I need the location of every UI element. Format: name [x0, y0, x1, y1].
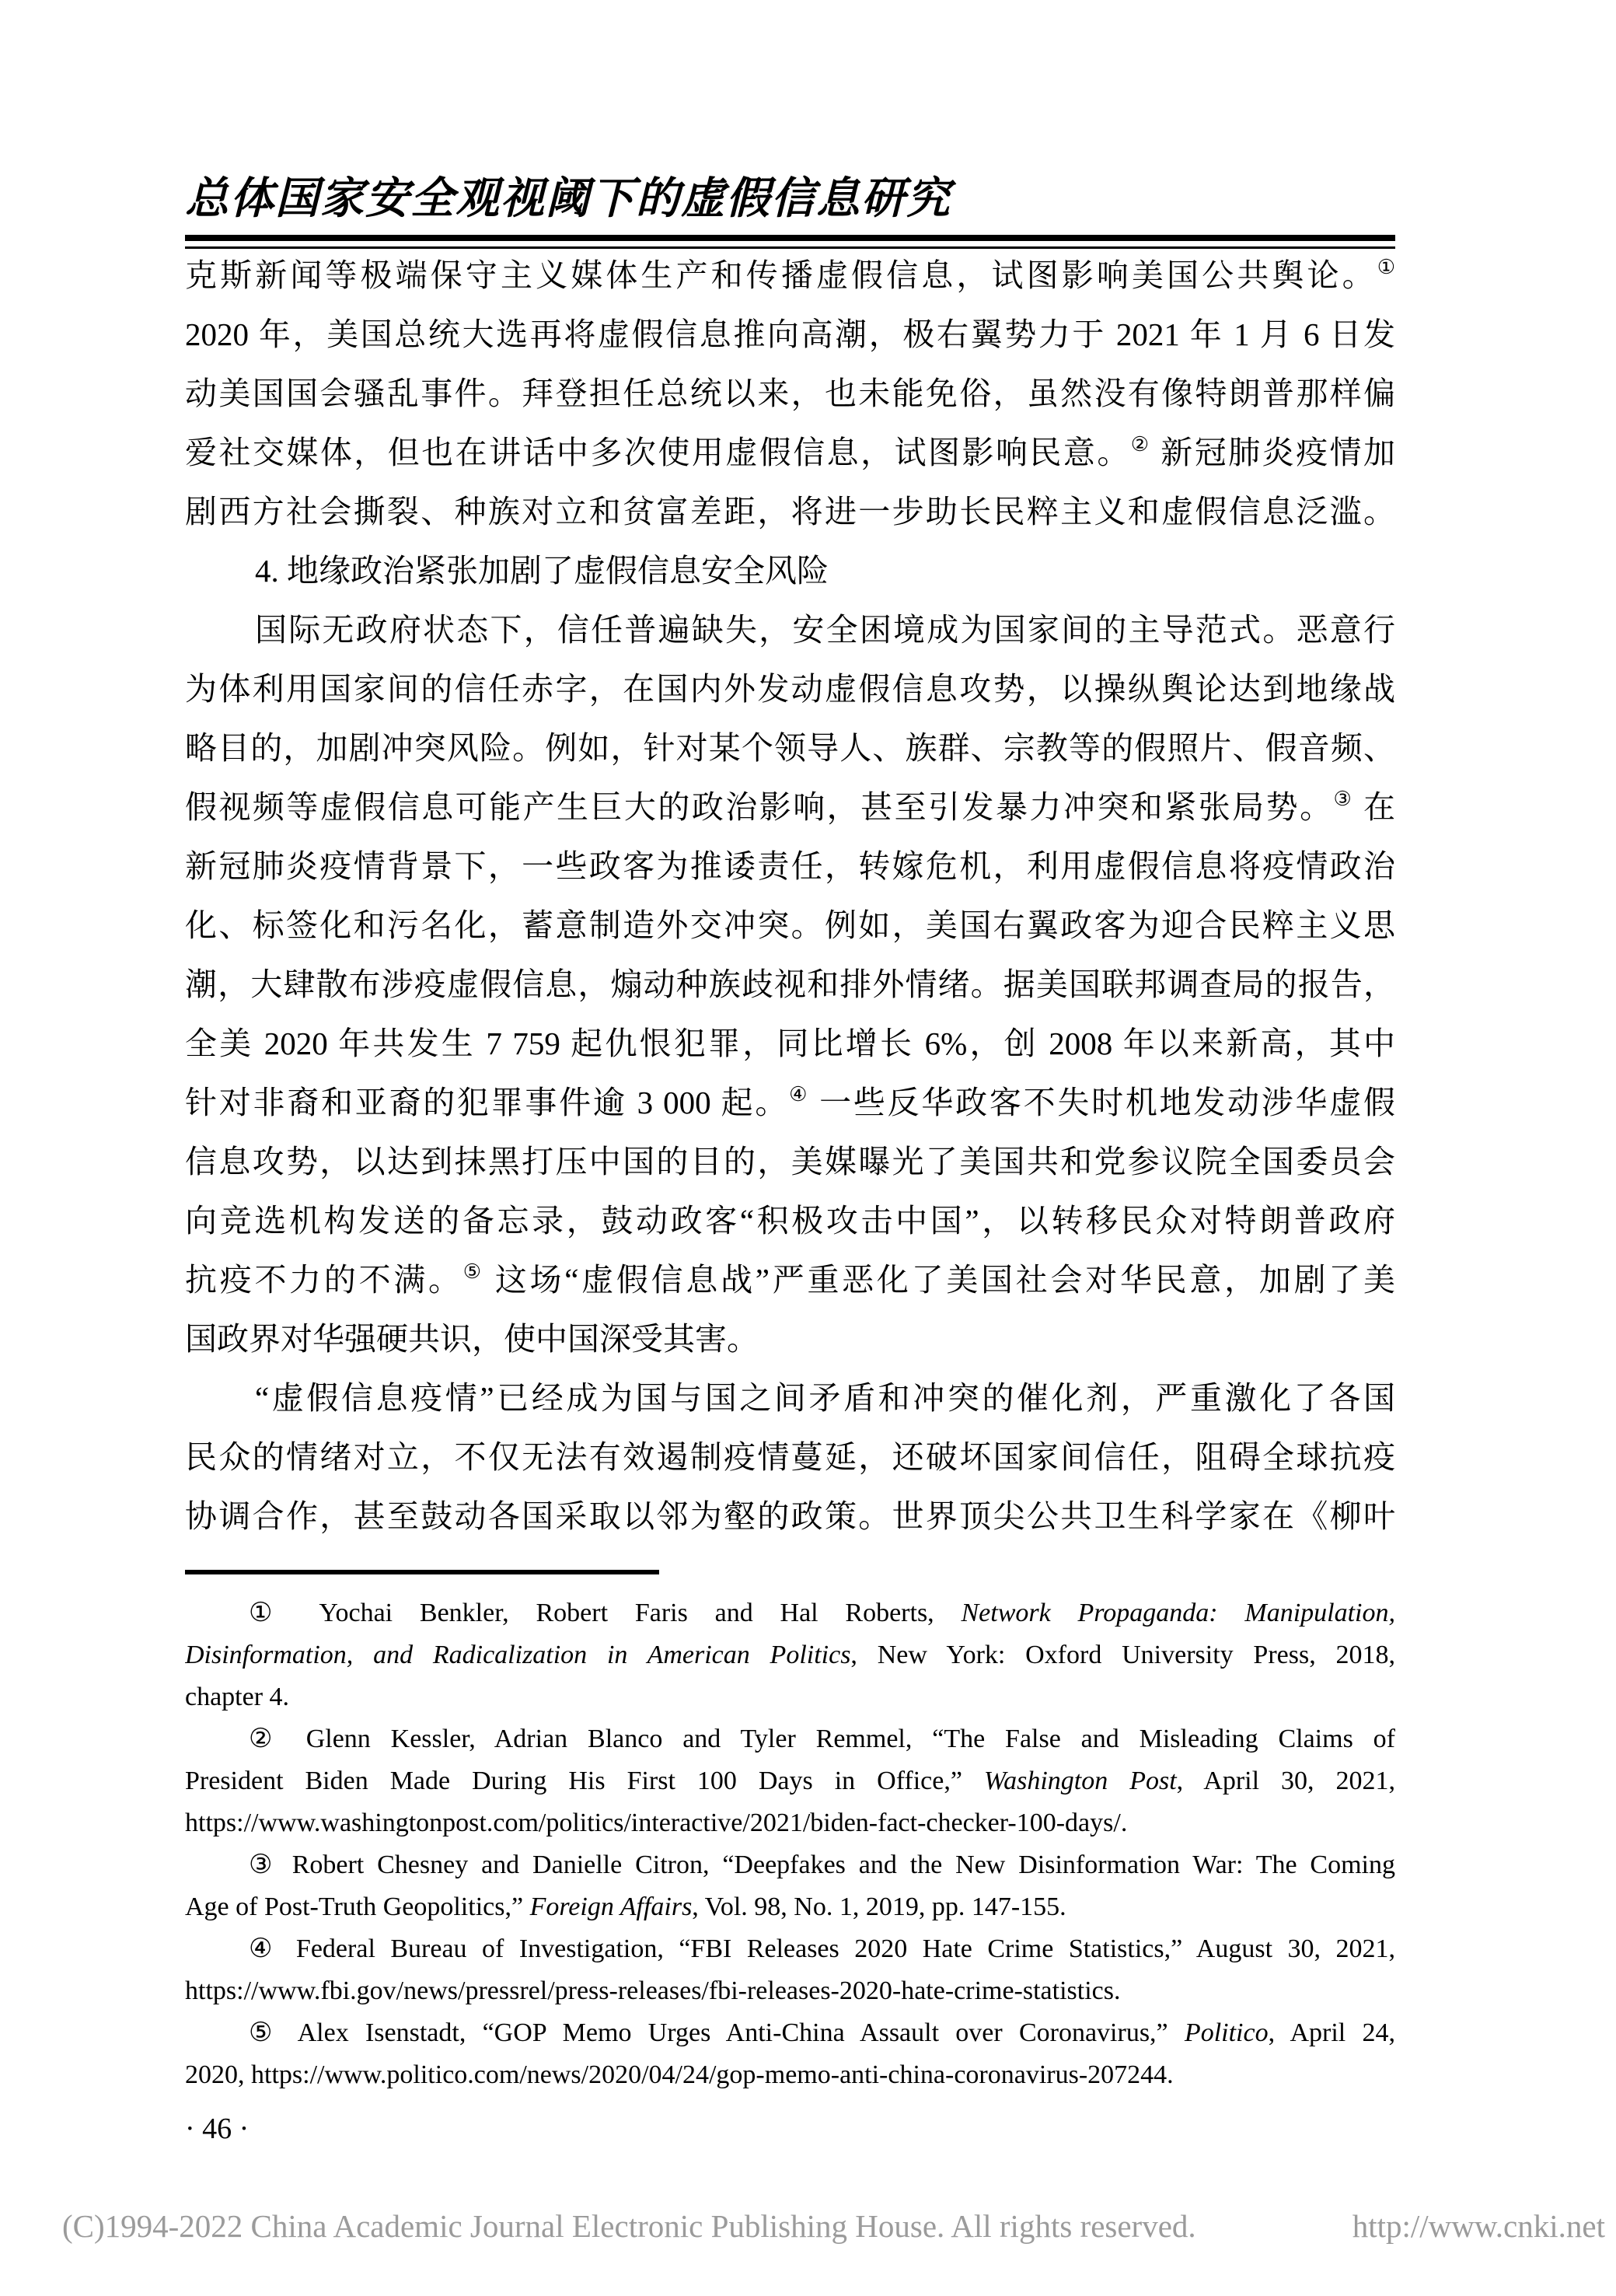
footnote-line: chapter 4.	[185, 1676, 1395, 1718]
text-run: 克斯新闻等极端保守主义媒体生产和传播虚假信息，试图影响美国公共舆论。	[185, 257, 1377, 293]
journal-page: 总体国家安全观视阈下的虚假信息研究 克斯新闻等极端保守主义媒体生产和传播虚假信息…	[0, 0, 1616, 2296]
text-run: 信息攻势，以达到抹黑打压中国的目的，美媒曝光了美国共和党参议院全国委员会	[185, 1144, 1395, 1179]
body-line: 为体利用国家间的信任赤字，在国内外发动虚假信息攻势，以操纵舆论达到地缘战	[185, 659, 1395, 718]
body-line: 国际无政府状态下，信任普遍缺失，安全困境成为国家间的主导范式。恶意行	[185, 600, 1395, 659]
footer-url: http://www.cnki.net	[1352, 2207, 1605, 2245]
text-run: 为体利用国家间的信任赤字，在国内外发动虚假信息攻势，以操纵舆论达到地缘战	[185, 671, 1395, 707]
text-run: President Biden Made During His First 10…	[185, 1767, 984, 1795]
body-line: “虚假信息疫情”已经成为国与国之间矛盾和冲突的催化剂，严重激化了各国	[185, 1368, 1395, 1428]
footnote-ref: ①	[1377, 256, 1395, 278]
text-run: 化、标签化和污名化，蓄意制造外交冲突。例如，美国右翼政客为迎合民粹主义思	[185, 907, 1395, 943]
body-line: 信息攻势，以达到抹黑打压中国的目的，美媒曝光了美国共和党参议院全国委员会	[185, 1132, 1395, 1191]
footnote-ref: ④	[789, 1083, 809, 1106]
article-body: 克斯新闻等极端保守主义媒体生产和传播虚假信息，试图影响美国公共舆论。①2020 …	[185, 246, 1395, 1546]
footnote-line: President Biden Made During His First 10…	[185, 1760, 1395, 1802]
text-run: 新冠肺炎疫情背景下，一些政客为推诿责任，转嫁危机，利用虚假信息将疫情政治	[185, 848, 1395, 884]
text-run: 动美国国会骚乱事件。拜登担任总统以来，也未能免俗，虽然没有像特朗普那样偏	[185, 376, 1395, 411]
body-line: 抗疫不力的不满。⑤ 这场“虚假信息战”严重恶化了美国社会对华民意，加剧了美	[185, 1250, 1395, 1309]
body-line: 国政界对华强硬共识，使中国深受其害。	[185, 1309, 1395, 1368]
text-run: ① Yochai Benkler, Robert Faris and Hal R…	[249, 1599, 962, 1627]
text-run: , April 30, 2021,	[1177, 1767, 1395, 1795]
footnote-ref: ⑤	[463, 1260, 484, 1283]
footnote-line: https://www.washingtonpost.com/politics/…	[185, 1802, 1395, 1844]
footnote-line: ③ Robert Chesney and Danielle Citron, “D…	[185, 1844, 1395, 1886]
body-line: 针对非裔和亚裔的犯罪事件逾 3 000 起。④ 一些反华政客不失时机地发动涉华虚…	[185, 1073, 1395, 1132]
text-run: 潮，大肆散布涉疫虚假信息，煽动种族歧视和排外情绪。据美国联邦调查局的报告，	[185, 966, 1395, 1002]
body-line: 爱社交媒体，但也在讲话中多次使用虚假信息，试图影响民意。② 新冠肺炎疫情加	[185, 423, 1395, 482]
footnote-line: ⑤ Alex Isenstadt, “GOP Memo Urges Anti-C…	[185, 2012, 1395, 2054]
body-line: 新冠肺炎疫情背景下，一些政客为推诿责任，转嫁危机，利用虚假信息将疫情政治	[185, 837, 1395, 896]
footnote-ref: ②	[1131, 433, 1151, 456]
text-run: 一些反华政客不失时机地发动涉华虚假	[809, 1085, 1395, 1120]
footnote-line: Disinformation, and Radicalization in Am…	[185, 1634, 1395, 1676]
italic-text: Washington Post	[984, 1767, 1177, 1795]
italic-text: Foreign Affairs	[530, 1892, 693, 1921]
text-run: 4. 地缘政治紧张加剧了虚假信息安全风险	[255, 553, 829, 589]
body-line: 2020 年，美国总统大选再将虚假信息推向高潮，极右翼势力于 2021 年 1 …	[185, 305, 1395, 364]
text-run: 这场“虚假信息战”严重恶化了美国社会对华民意，加剧了美	[484, 1262, 1395, 1298]
body-line: 协调合作，甚至鼓动各国采取以邻为壑的政策。世界顶尖公共卫生科学家在《柳叶	[185, 1487, 1395, 1546]
text-run: 假视频等虚假信息可能产生巨大的政治影响，甚至引发暴力冲突和紧张局势。	[185, 789, 1334, 825]
page-number: · 46 ·	[185, 2104, 249, 2154]
text-run: 国际无政府状态下，信任普遍缺失，安全困境成为国家间的主导范式。恶意行	[255, 612, 1395, 648]
text-run: 新冠肺炎疫情加	[1151, 435, 1395, 470]
footnote-separator	[185, 1570, 659, 1574]
text-run: “虚假信息疫情”已经成为国与国之间矛盾和冲突的催化剂，严重激化了各国	[255, 1380, 1395, 1416]
text-run: 2020 年，美国总统大选再将虚假信息推向高潮，极右翼势力于 2021 年 1 …	[185, 316, 1395, 352]
text-run: https://www.fbi.gov/news/pressrel/press-…	[185, 1976, 1120, 2005]
text-run: ④ Federal Bureau of Investigation, “FBI …	[249, 1934, 1395, 1963]
body-line: 假视频等虚假信息可能产生巨大的政治影响，甚至引发暴力冲突和紧张局势。③ 在	[185, 778, 1395, 837]
footnote-line: ② Glenn Kessler, Adrian Blanco and Tyler…	[185, 1718, 1395, 1760]
text-run: 略目的，加剧冲突风险。例如，针对某个领导人、族群、宗教等的假照片、假音频、	[185, 730, 1395, 766]
text-run: 民众的情绪对立，不仅无法有效遏制疫情蔓延，还破坏国家间信任，阻碍全球抗疫	[185, 1439, 1395, 1475]
text-run: Age of Post-Truth Geopolitics,”	[185, 1892, 530, 1921]
body-line: 全美 2020 年共发生 7 759 起仇恨犯罪，同比增长 6%，创 2008 …	[185, 1014, 1395, 1073]
body-line: 民众的情绪对立，不仅无法有效遏制疫情蔓延，还破坏国家间信任，阻碍全球抗疫	[185, 1428, 1395, 1487]
body-line: 潮，大肆散布涉疫虚假信息，煽动种族歧视和排外情绪。据美国联邦调查局的报告，	[185, 955, 1395, 1014]
text-run: , Vol. 98, No. 1, 2019, pp. 147-155.	[692, 1892, 1066, 1921]
footnote-line: 2020, https://www.politico.com/news/2020…	[185, 2054, 1395, 2096]
body-line: 向竞选机构发送的备忘录，鼓动政客“积极攻击中国”，以转移民众对特朗普政府	[185, 1191, 1395, 1250]
text-run: 抗疫不力的不满。	[185, 1262, 463, 1298]
text-run: 在	[1353, 789, 1395, 825]
text-run: 全美 2020 年共发生 7 759 起仇恨犯罪，同比增长 6%，创 2008 …	[185, 1026, 1395, 1061]
footnote-line: Age of Post-Truth Geopolitics,” Foreign …	[185, 1886, 1395, 1928]
text-run: 向竞选机构发送的备忘录，鼓动政客“积极攻击中国”，以转移民众对特朗普政府	[185, 1203, 1395, 1239]
italic-text: Network Propaganda: Manipulation,	[962, 1599, 1396, 1627]
text-run: , April 24,	[1269, 2018, 1395, 2047]
text-run: ③ Robert Chesney and Danielle Citron, “D…	[249, 1850, 1395, 1879]
italic-text: Disinformation, and Radicalization in Am…	[185, 1641, 850, 1669]
footnote-line: ① Yochai Benkler, Robert Faris and Hal R…	[185, 1592, 1395, 1634]
footnote-ref: ③	[1334, 788, 1354, 810]
text-run: 2020, https://www.politico.com/news/2020…	[185, 2060, 1174, 2089]
footnotes: ① Yochai Benkler, Robert Faris and Hal R…	[185, 1592, 1395, 2096]
section-heading-line: 4. 地缘政治紧张加剧了虚假信息安全风险	[185, 541, 1395, 600]
page-footer: (C)1994-2022 China Academic Journal Elec…	[62, 2203, 1605, 2249]
header-rule-thick	[185, 235, 1395, 241]
body-line: 化、标签化和污名化，蓄意制造外交冲突。例如，美国右翼政客为迎合民粹主义思	[185, 896, 1395, 955]
text-run: chapter 4.	[185, 1683, 289, 1711]
text-run: 爱社交媒体，但也在讲话中多次使用虚假信息，试图影响民意。	[185, 435, 1131, 470]
body-line: 略目的，加剧冲突风险。例如，针对某个领导人、族群、宗教等的假照片、假音频、	[185, 718, 1395, 778]
body-line: 克斯新闻等极端保守主义媒体生产和传播虚假信息，试图影响美国公共舆论。①	[185, 246, 1395, 305]
footnote-line: https://www.fbi.gov/news/pressrel/press-…	[185, 1970, 1395, 2012]
body-line: 剧西方社会撕裂、种族对立和贫富差距，将进一步助长民粹主义和虚假信息泛滥。	[185, 482, 1395, 541]
text-run: ② Glenn Kessler, Adrian Blanco and Tyler…	[249, 1725, 1395, 1753]
text-run: 国政界对华强硬共识，使中国深受其害。	[185, 1321, 759, 1357]
text-run: https://www.washingtonpost.com/politics/…	[185, 1808, 1127, 1837]
footer-copyright: (C)1994-2022 China Academic Journal Elec…	[62, 2207, 1196, 2245]
body-line: 动美国国会骚乱事件。拜登担任总统以来，也未能免俗，虽然没有像特朗普那样偏	[185, 364, 1395, 423]
italic-text: Politico	[1185, 2018, 1269, 2047]
text-run: , New York: Oxford University Press, 201…	[850, 1641, 1395, 1669]
running-head-title: 总体国家安全观视阈下的虚假信息研究	[185, 165, 1395, 233]
text-run: 针对非裔和亚裔的犯罪事件逾 3 000 起。	[185, 1085, 789, 1120]
text-run: 协调合作，甚至鼓动各国采取以邻为壑的政策。世界顶尖公共卫生科学家在《柳叶	[185, 1498, 1395, 1534]
footnote-line: ④ Federal Bureau of Investigation, “FBI …	[185, 1928, 1395, 1970]
text-run: ⑤ Alex Isenstadt, “GOP Memo Urges Anti-C…	[249, 2018, 1185, 2047]
text-run: 剧西方社会撕裂、种族对立和贫富差距，将进一步助长民粹主义和虚假信息泛滥。	[185, 494, 1395, 529]
